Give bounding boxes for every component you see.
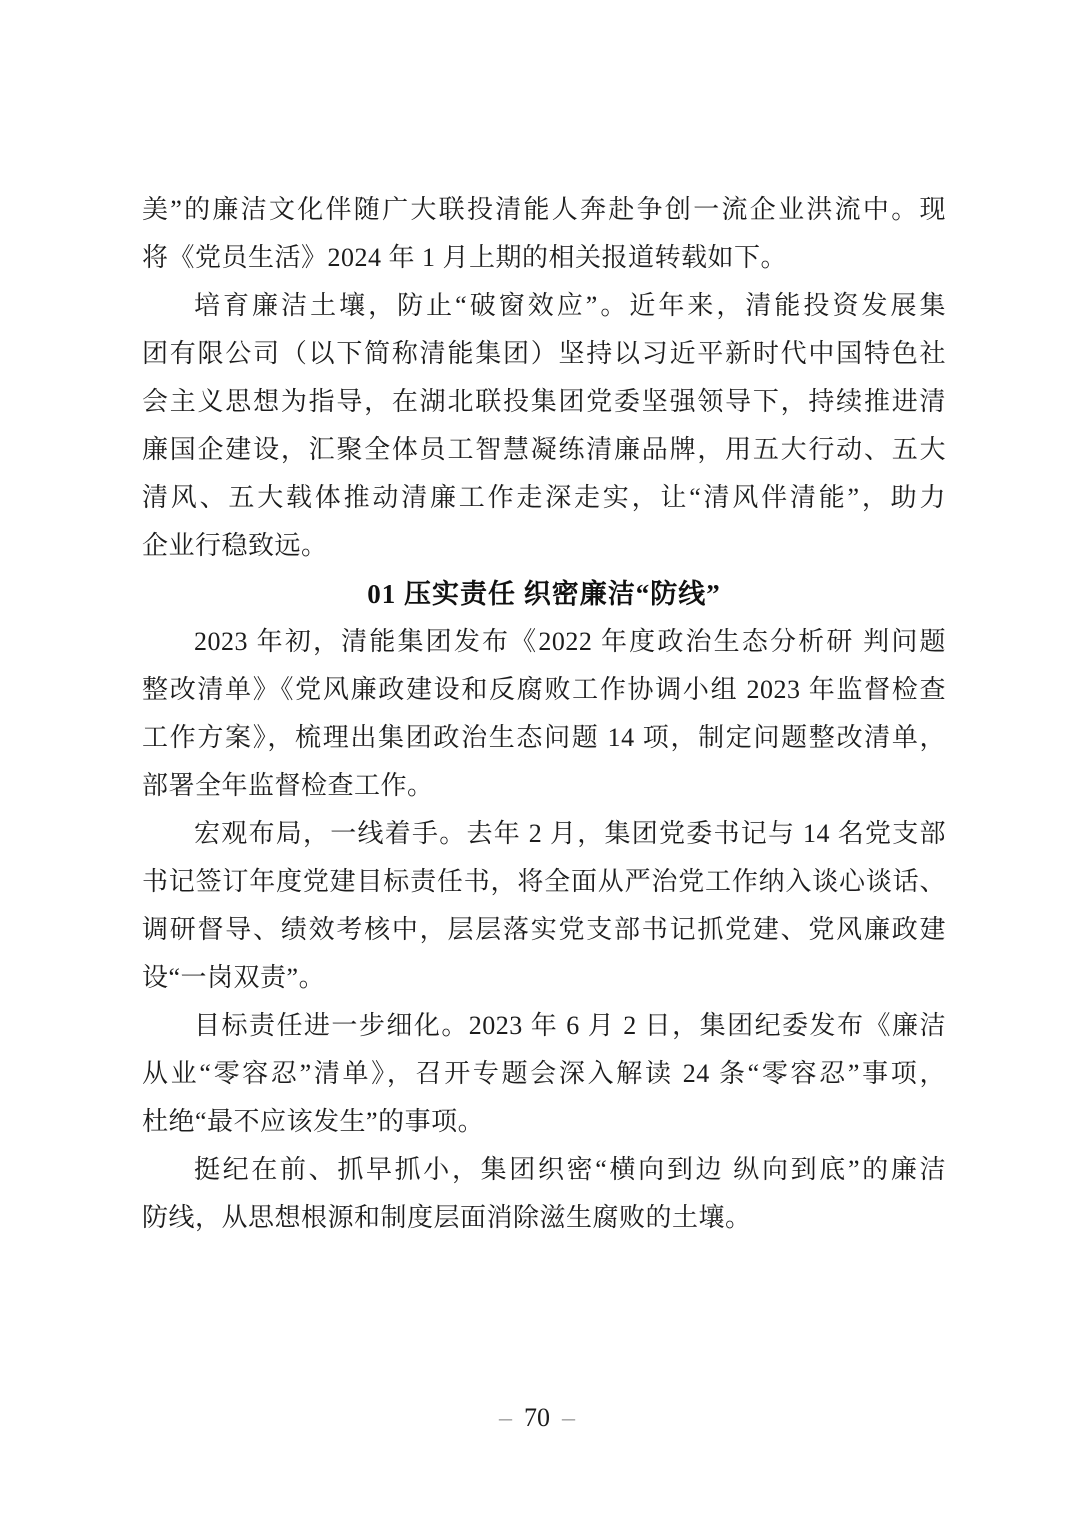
text-line: 目标责任进一步细化。2023 年 6 月 2 日，集团纪委发布《廉洁 [142,1002,946,1050]
text-line: 部署全年监督检查工作。 [142,762,946,810]
text-line: 宏观布局，一线着手。去年 2 月，集团党委书记与 14 名党支部 [142,810,946,858]
text-line: 廉国企建设，汇聚全体员工智慧凝练清廉品牌，用五大行动、五大 [142,426,946,474]
text-line: 挺纪在前、抓早抓小，集团织密“横向到边 纵向到底”的廉洁 [142,1146,946,1194]
page-footer: –70– [0,1398,1074,1438]
text-line: 调研督导、绩效考核中，层层落实党支部书记抓党建、党风廉政建 [142,906,946,954]
text-line: 将《党员生活》2024 年 1 月上期的相关报道转载如下。 [142,234,946,282]
text-line: 书记签订年度党建目标责任书，将全面从严治党工作纳入谈心谈话、 [142,858,946,906]
document-body: 美”的廉洁文化伴随广大联投清能人奔赴争创一流企业洪流中。现将《党员生活》2024… [142,186,946,1242]
document-page: 美”的廉洁文化伴随广大联投清能人奔赴争创一流企业洪流中。现将《党员生活》2024… [0,0,1074,1520]
page-number: 70 [524,1403,550,1432]
text-line: 团有限公司（以下简称清能集团）坚持以习近平新时代中国特色社 [142,330,946,378]
page-number-dash-left: – [487,1403,524,1432]
text-line: 工作方案》，梳理出集团政治生态问题 14 项，制定问题整改清单， [142,714,946,762]
text-line: 设“一岗双责”。 [142,954,946,1002]
text-line: 防线，从思想根源和制度层面消除滋生腐败的土壤。 [142,1194,946,1242]
text-line: 杜绝“最不应该发生”的事项。 [142,1098,946,1146]
text-line: 清风、五大载体推动清廉工作走深走实，让“清风伴清能”，助力 [142,474,946,522]
text-line: 2023 年初，清能集团发布《2022 年度政治生态分析研 判问题 [142,618,946,666]
page-number-dash-right: – [550,1403,587,1432]
text-line: 从业“零容忍”清单》，召开专题会深入解读 24 条“零容忍”事项， [142,1050,946,1098]
text-line: 整改清单》《党风廉政建设和反腐败工作协调小组 2023 年监督检查 [142,666,946,714]
section-heading: 01 压实责任 织密廉洁“防线” [142,570,946,618]
text-line: 培育廉洁土壤，防止“破窗效应”。近年来，清能投资发展集 [142,282,946,330]
text-line: 美”的廉洁文化伴随广大联投清能人奔赴争创一流企业洪流中。现 [142,186,946,234]
text-line: 会主义思想为指导，在湖北联投集团党委坚强领导下，持续推进清 [142,378,946,426]
text-line: 企业行稳致远。 [142,522,946,570]
